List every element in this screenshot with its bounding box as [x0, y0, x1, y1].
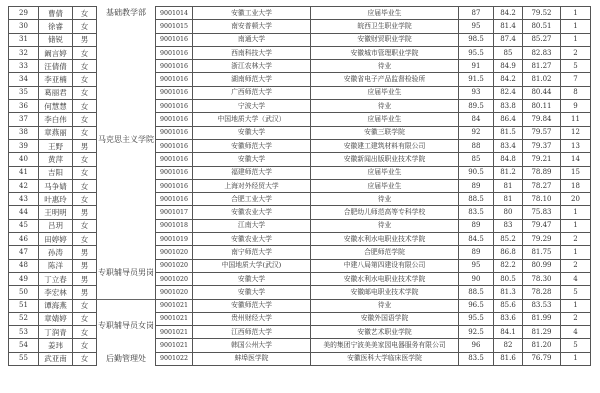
current-employer: 应届毕业生: [311, 166, 459, 179]
written-score: 84.5: [459, 233, 494, 246]
rank: 7: [561, 73, 591, 86]
row-number: 55: [9, 352, 39, 365]
interview-score: 84.9: [494, 60, 523, 73]
current-employer: 应届毕业生: [311, 113, 459, 126]
department-cell: 专职辅导员女岗: [97, 299, 156, 352]
candidate-name: 阚言婷: [39, 46, 73, 59]
row-number: 42: [9, 179, 39, 192]
current-employer: 应届毕业生: [311, 7, 459, 20]
graduate-school: 安徽大学: [193, 272, 311, 285]
interview-score: 81: [494, 179, 523, 192]
current-employer: 安徽外国语学院: [311, 312, 459, 325]
row-number: 47: [9, 246, 39, 259]
position-code: 9001016: [156, 139, 193, 152]
total-score: 81.02: [523, 73, 561, 86]
candidate-gender: 女: [73, 312, 97, 325]
current-employer: 合肥师范学院: [311, 246, 459, 259]
current-employer: 安徽邮电职业技术学院: [311, 286, 459, 299]
candidate-name: 李亚楠: [39, 73, 73, 86]
department-cell: 后勤管理处: [97, 352, 156, 365]
interview-score: 81.5: [494, 126, 523, 139]
total-score: 79.52: [523, 7, 561, 20]
graduate-school: 上海对外经贸大学: [193, 179, 311, 192]
interview-score: 85: [494, 46, 523, 59]
interview-score: 82.2: [494, 259, 523, 272]
graduate-school: 南安普顿大学: [193, 20, 311, 33]
total-score: 80.11: [523, 100, 561, 113]
interview-score: 86.8: [494, 246, 523, 259]
candidate-gender: 女: [73, 339, 97, 352]
total-score: 81.29: [523, 326, 561, 339]
written-score: 93: [459, 86, 494, 99]
written-score: 87: [459, 7, 494, 20]
graduate-school: 江南大学: [193, 219, 311, 232]
row-number: 29: [9, 7, 39, 20]
current-employer: 待业: [311, 60, 459, 73]
graduate-school: 安徽工业大学: [193, 7, 311, 20]
graduate-school: 安徽农业大学: [193, 206, 311, 219]
candidate-name: 葛丽君: [39, 86, 73, 99]
candidate-name: 章燕丽: [39, 126, 73, 139]
rank: 18: [561, 179, 591, 192]
table-row: 46田婷婷女9001019安徽农业大学安徽水利水电职业技术学院84.585.27…: [9, 233, 591, 246]
graduate-school: 广西师范大学: [193, 86, 311, 99]
total-score: 75.83: [523, 206, 561, 219]
rank: 8: [561, 86, 591, 99]
table-row: 38章燕丽女9001016安徽大学安徽三联学院9281.579.5712: [9, 126, 591, 139]
interview-score: 81: [494, 193, 523, 206]
total-score: 76.79: [523, 352, 561, 365]
rank: 4: [561, 272, 591, 285]
written-score: 95: [459, 20, 494, 33]
current-employer: 安徽省电子产品监督检验所: [311, 73, 459, 86]
written-score: 89: [459, 219, 494, 232]
written-score: 84: [459, 113, 494, 126]
graduate-school: 安徽大学: [193, 286, 311, 299]
row-number: 35: [9, 86, 39, 99]
candidate-name: 姜玮: [39, 339, 73, 352]
row-number: 50: [9, 286, 39, 299]
total-score: 78.10: [523, 193, 561, 206]
graduate-school: 中国地质大学（武汉）: [193, 113, 311, 126]
total-score: 80.99: [523, 259, 561, 272]
interview-score: 81.4: [494, 20, 523, 33]
total-score: 81.99: [523, 312, 561, 325]
candidate-name: 李白伟: [39, 113, 73, 126]
rank: 1: [561, 219, 591, 232]
position-code: 9001022: [156, 352, 193, 365]
table-row: 29曹倩女基础教学部9001014安徽工业大学应届毕业生8784.279.521: [9, 7, 591, 20]
rank: 1: [561, 206, 591, 219]
row-number: 33: [9, 60, 39, 73]
candidate-name: 储锐: [39, 33, 73, 46]
row-number: 45: [9, 219, 39, 232]
candidate-gender: 女: [73, 219, 97, 232]
total-score: 80.51: [523, 20, 561, 33]
position-code: 9001021: [156, 299, 193, 312]
position-code: 9001020: [156, 259, 193, 272]
total-score: 78.89: [523, 166, 561, 179]
interview-score: 82.4: [494, 86, 523, 99]
candidate-gender: 男: [73, 33, 97, 46]
written-score: 95.5: [459, 46, 494, 59]
position-code: 9001016: [156, 33, 193, 46]
row-number: 40: [9, 153, 39, 166]
graduate-school: 中国地质大学(武汉): [193, 259, 311, 272]
candidate-gender: 女: [73, 299, 97, 312]
interview-score: 80.5: [494, 272, 523, 285]
current-employer: 皖西卫生职业学院: [311, 20, 459, 33]
current-employer: 应届毕业生: [311, 86, 459, 99]
written-score: 85: [459, 153, 494, 166]
rank: 9: [561, 100, 591, 113]
table-row: 37李白伟女9001016中国地质大学（武汉）应届毕业生8486.479.841…: [9, 113, 591, 126]
department-cell: 马克思主义学院: [97, 33, 156, 246]
interview-score: 86.4: [494, 113, 523, 126]
written-score: 88: [459, 139, 494, 152]
candidate-name: 陈洋: [39, 259, 73, 272]
candidate-name: 王野: [39, 139, 73, 152]
position-code: 9001016: [156, 193, 193, 206]
recruitment-results-table: 29曹倩女基础教学部9001014安徽工业大学应届毕业生8784.279.521…: [8, 6, 591, 366]
current-employer: 待业: [311, 100, 459, 113]
candidate-gender: 男: [73, 206, 97, 219]
interview-score: 83.8: [494, 100, 523, 113]
current-employer: 安徽三联学院: [311, 126, 459, 139]
current-employer: 待业: [311, 193, 459, 206]
position-code: 9001016: [156, 113, 193, 126]
position-code: 9001016: [156, 60, 193, 73]
position-code: 9001020: [156, 246, 193, 259]
table-row: 55武亚南女后勤管理处9001022蚌埠医学院安徽医科大学临床医学院83.581…: [9, 352, 591, 365]
total-score: 79.21: [523, 153, 561, 166]
graduate-school: 福建师范大学: [193, 166, 311, 179]
candidate-gender: 女: [73, 166, 97, 179]
rank: 15: [561, 166, 591, 179]
table-row: 45吕玥女9001018江南大学待业898379.471: [9, 219, 591, 232]
written-score: 92.5: [459, 326, 494, 339]
current-employer: 安徽水利水电职业技术学院: [311, 272, 459, 285]
graduate-school: 安徽大学: [193, 153, 311, 166]
table-row: 30徐睿女9001015南安普顿大学皖西卫生职业学院9581.480.511: [9, 20, 591, 33]
row-number: 44: [9, 206, 39, 219]
candidate-gender: 女: [73, 100, 97, 113]
table-row: 47孙涛男专职辅导员男岗9001020南宁师范大学合肥师范学院8986.881.…: [9, 246, 591, 259]
current-employer: 安徽艺术职业学院: [311, 326, 459, 339]
graduate-school: 安徽师范大学: [193, 299, 311, 312]
graduate-school: 南通大学: [193, 33, 311, 46]
graduate-school: 蚌埠医学院: [193, 352, 311, 365]
candidate-gender: 女: [73, 126, 97, 139]
written-score: 89: [459, 179, 494, 192]
current-employer: 安徽水利水电职业技术学院: [311, 233, 459, 246]
row-number: 38: [9, 126, 39, 139]
position-code: 9001016: [156, 179, 193, 192]
candidate-gender: 女: [73, 86, 97, 99]
table-row: 40黄萍女9001016安徽大学安徽新闻出版职业技术学院8584.879.211…: [9, 153, 591, 166]
written-score: 95.5: [459, 312, 494, 325]
table-row: 50李宏林男9001020安徽大学安徽邮电职业技术学院88.581.378.28…: [9, 286, 591, 299]
table-row: 54姜玮女9001021韩国公州大学美的集团宁波美美家园电器服务有限公司9682…: [9, 339, 591, 352]
position-code: 9001015: [156, 20, 193, 33]
written-score: 83.5: [459, 352, 494, 365]
position-code: 9001020: [156, 272, 193, 285]
row-number: 41: [9, 166, 39, 179]
written-score: 95: [459, 259, 494, 272]
candidate-gender: 女: [73, 326, 97, 339]
rank: 1: [561, 299, 591, 312]
total-score: 79.47: [523, 219, 561, 232]
interview-score: 85.6: [494, 299, 523, 312]
rank: 1: [561, 20, 591, 33]
row-number: 53: [9, 326, 39, 339]
candidate-name: 吉阳: [39, 166, 73, 179]
interview-score: 84.1: [494, 326, 523, 339]
written-score: 89.5: [459, 100, 494, 113]
table-row: 31储锐男马克思主义学院9001016南通大学安徽财贸职业学院98.587.48…: [9, 33, 591, 46]
row-number: 39: [9, 139, 39, 152]
table-row: 51谭海燕女专职辅导员女岗9001021安徽师范大学待业96.585.683.5…: [9, 299, 591, 312]
graduate-school: 宁波大学: [193, 100, 311, 113]
total-score: 78.30: [523, 272, 561, 285]
graduate-school: 浙江农林大学: [193, 60, 311, 73]
position-code: 9001021: [156, 312, 193, 325]
candidate-gender: 女: [73, 153, 97, 166]
written-score: 98.5: [459, 33, 494, 46]
written-score: 89: [459, 246, 494, 259]
rank: 2: [561, 312, 591, 325]
rank: 4: [561, 326, 591, 339]
table-row: 42马争婧女9001016上海对外经贸大学应届毕业生898178.2718: [9, 179, 591, 192]
interview-score: 84.2: [494, 73, 523, 86]
total-score: 79.84: [523, 113, 561, 126]
candidate-gender: 女: [73, 7, 97, 20]
interview-score: 84.2: [494, 7, 523, 20]
candidate-name: 武亚南: [39, 352, 73, 365]
row-number: 36: [9, 100, 39, 113]
rank: 5: [561, 339, 591, 352]
table-row: 44王明明男9001017安徽农业大学合肥幼儿师范高等专科学校83.58075.…: [9, 206, 591, 219]
position-code: 9001019: [156, 233, 193, 246]
candidate-gender: 女: [73, 113, 97, 126]
total-score: 85.27: [523, 33, 561, 46]
total-score: 79.37: [523, 139, 561, 152]
interview-score: 81.6: [494, 352, 523, 365]
rank: 20: [561, 193, 591, 206]
written-score: 96: [459, 339, 494, 352]
table-row: 41吉阳女9001016福建师范大学应届毕业生90.581.278.8915: [9, 166, 591, 179]
current-employer: 安徽城市管理职业学院: [311, 46, 459, 59]
current-employer: 合肥幼儿师范高等专科学校: [311, 206, 459, 219]
candidate-gender: 女: [73, 60, 97, 73]
candidate-gender: 男: [73, 286, 97, 299]
graduate-school: 江西师范大学: [193, 326, 311, 339]
candidate-name: 孙涛: [39, 246, 73, 259]
table-row: 43叶惠玲女9001016合肥工业大学待业88.58178.1020: [9, 193, 591, 206]
graduate-school: 湖南师范大学: [193, 73, 311, 86]
department-cell: 专职辅导员男岗: [97, 246, 156, 299]
total-score: 79.29: [523, 233, 561, 246]
rank: 12: [561, 126, 591, 139]
row-number: 32: [9, 46, 39, 59]
rank: 1: [561, 246, 591, 259]
candidate-gender: 女: [73, 179, 97, 192]
rank: 11: [561, 113, 591, 126]
table-row: 53丁润青女9001021江西师范大学安徽艺术职业学院92.584.181.29…: [9, 326, 591, 339]
graduate-school: 安徽大学: [193, 126, 311, 139]
table-row: 36何慧慧女9001016宁波大学待业89.583.880.119: [9, 100, 591, 113]
position-code: 9001021: [156, 339, 193, 352]
position-code: 9001016: [156, 86, 193, 99]
row-number: 37: [9, 113, 39, 126]
candidate-gender: 女: [73, 352, 97, 365]
position-code: 9001016: [156, 153, 193, 166]
position-code: 9001021: [156, 326, 193, 339]
department-cell: 基础教学部: [97, 7, 156, 34]
current-employer: 中建八局第四建设有限公司: [311, 259, 459, 272]
candidate-name: 谭海燕: [39, 299, 73, 312]
candidate-name: 曹倩: [39, 7, 73, 20]
interview-score: 83: [494, 219, 523, 232]
candidate-gender: 男: [73, 139, 97, 152]
rank: 2: [561, 259, 591, 272]
written-score: 90.5: [459, 166, 494, 179]
candidate-name: 马争婧: [39, 179, 73, 192]
position-code: 9001016: [156, 126, 193, 139]
candidate-gender: 女: [73, 46, 97, 59]
row-number: 46: [9, 233, 39, 246]
graduate-school: 西南科技大学: [193, 46, 311, 59]
candidate-name: 王明明: [39, 206, 73, 219]
interview-score: 83.4: [494, 139, 523, 152]
current-employer: 待业: [311, 219, 459, 232]
total-score: 83.53: [523, 299, 561, 312]
rank: 2: [561, 46, 591, 59]
total-score: 81.27: [523, 60, 561, 73]
position-code: 9001016: [156, 100, 193, 113]
candidate-name: 丁立春: [39, 272, 73, 285]
candidate-name: 吕玥: [39, 219, 73, 232]
candidate-name: 丁润青: [39, 326, 73, 339]
interview-score: 85.2: [494, 233, 523, 246]
current-employer: 安徽医科大学临床医学院: [311, 352, 459, 365]
candidate-name: 叶惠玲: [39, 193, 73, 206]
rank: 1: [561, 352, 591, 365]
candidate-name: 黄萍: [39, 153, 73, 166]
rank: 1: [561, 33, 591, 46]
written-score: 92: [459, 126, 494, 139]
position-code: 9001020: [156, 286, 193, 299]
total-score: 79.57: [523, 126, 561, 139]
rank: 1: [561, 7, 591, 20]
table-row: 34李亚楠女9001016湖南师范大学安徽省电子产品监督检验所91.584.28…: [9, 73, 591, 86]
candidate-name: 徐睿: [39, 20, 73, 33]
rank: 14: [561, 153, 591, 166]
position-code: 9001018: [156, 219, 193, 232]
row-number: 54: [9, 339, 39, 352]
position-code: 9001016: [156, 166, 193, 179]
interview-score: 87.4: [494, 33, 523, 46]
interview-score: 83.6: [494, 312, 523, 325]
written-score: 83.5: [459, 206, 494, 219]
written-score: 96.5: [459, 299, 494, 312]
written-score: 91.5: [459, 73, 494, 86]
position-code: 9001017: [156, 206, 193, 219]
graduate-school: 安徽农业大学: [193, 233, 311, 246]
interview-score: 84.8: [494, 153, 523, 166]
row-number: 34: [9, 73, 39, 86]
candidate-name: 章婧婷: [39, 312, 73, 325]
current-employer: 应届毕业生: [311, 179, 459, 192]
candidate-name: 汪倩倩: [39, 60, 73, 73]
current-employer: 美的集团宁波美美家园电器服务有限公司: [311, 339, 459, 352]
candidate-name: 何慧慧: [39, 100, 73, 113]
candidate-gender: 男: [73, 246, 97, 259]
interview-score: 82: [494, 339, 523, 352]
candidate-gender: 女: [73, 193, 97, 206]
total-score: 82.83: [523, 46, 561, 59]
graduate-school: 贵州财经大学: [193, 312, 311, 325]
position-code: 9001016: [156, 46, 193, 59]
candidate-gender: 女: [73, 233, 97, 246]
row-number: 51: [9, 299, 39, 312]
interview-score: 80: [494, 206, 523, 219]
written-score: 91: [459, 60, 494, 73]
graduate-school: 南宁师范大学: [193, 246, 311, 259]
table-body: 29曹倩女基础教学部9001014安徽工业大学应届毕业生8784.279.521…: [9, 7, 591, 366]
total-score: 78.28: [523, 286, 561, 299]
table-row: 39王野男9001016安徽师范大学安徽建工建筑材料有限公司8883.479.3…: [9, 139, 591, 152]
interview-score: 81.3: [494, 286, 523, 299]
rank: 5: [561, 60, 591, 73]
rank: 5: [561, 286, 591, 299]
current-employer: 安徽建工建筑材料有限公司: [311, 139, 459, 152]
table-row: 49丁立春男9001020安徽大学安徽水利水电职业技术学院9080.578.30…: [9, 272, 591, 285]
row-number: 30: [9, 20, 39, 33]
table-row: 52章婧婷女9001021贵州财经大学安徽外国语学院95.583.681.992: [9, 312, 591, 325]
candidate-gender: 男: [73, 259, 97, 272]
total-score: 78.27: [523, 179, 561, 192]
rank: 13: [561, 139, 591, 152]
candidate-gender: 女: [73, 20, 97, 33]
total-score: 80.44: [523, 86, 561, 99]
table-row: 33汪倩倩女9001016浙江农林大学待业9184.981.275: [9, 60, 591, 73]
position-code: 9001016: [156, 73, 193, 86]
row-number: 43: [9, 193, 39, 206]
candidate-name: 李宏林: [39, 286, 73, 299]
table-row: 48陈洋男9001020中国地质大学(武汉)中建八局第四建设有限公司9582.2…: [9, 259, 591, 272]
current-employer: 待业: [311, 299, 459, 312]
row-number: 49: [9, 272, 39, 285]
interview-score: 81.2: [494, 166, 523, 179]
table-row: 32阚言婷女9001016西南科技大学安徽城市管理职业学院95.58582.83…: [9, 46, 591, 59]
row-number: 31: [9, 33, 39, 46]
row-number: 48: [9, 259, 39, 272]
written-score: 88.5: [459, 193, 494, 206]
table-row: 35葛丽君女9001016广西师范大学应届毕业生9382.480.448: [9, 86, 591, 99]
candidate-gender: 男: [73, 272, 97, 285]
graduate-school: 合肥工业大学: [193, 193, 311, 206]
written-score: 90: [459, 272, 494, 285]
candidate-name: 田婷婷: [39, 233, 73, 246]
total-score: 81.75: [523, 246, 561, 259]
current-employer: 安徽新闻出版职业技术学院: [311, 153, 459, 166]
total-score: 81.20: [523, 339, 561, 352]
graduate-school: 安徽师范大学: [193, 139, 311, 152]
row-number: 52: [9, 312, 39, 325]
current-employer: 安徽财贸职业学院: [311, 33, 459, 46]
written-score: 88.5: [459, 286, 494, 299]
